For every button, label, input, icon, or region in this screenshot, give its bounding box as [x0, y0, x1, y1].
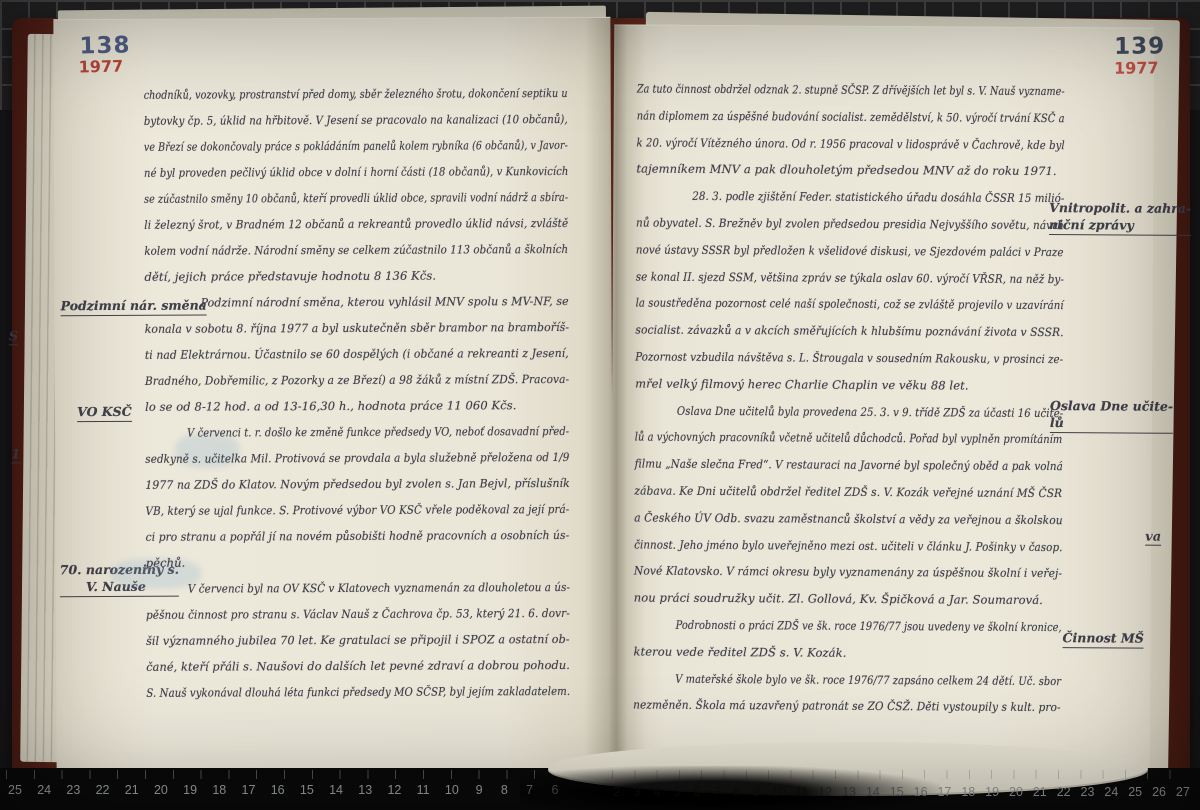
ruler-number: 25	[8, 783, 22, 797]
ruler-number: 24	[37, 783, 51, 797]
handwritten-line: pěšnou činnost pro stranu s. Václav Nauš…	[146, 599, 570, 627]
ruler-number: 10	[445, 783, 459, 797]
left-text-block: chodníků, vozovky, prostranství před dom…	[144, 79, 571, 705]
handwritten-line: lo se od 8-12 hod. a od 13-16,30 h., hod…	[145, 391, 569, 419]
handwritten-line: bytovky čp. 5, úklid na hřbitově. V Jese…	[144, 105, 568, 133]
right-text-block: Za tuto činnost obdržel odznak 2. stupně…	[633, 74, 1065, 720]
handwritten-line: nou práci soudružky učit. Zl. Gollová, K…	[634, 584, 1062, 613]
book-gutter-shadow	[584, 18, 646, 774]
handwritten-line: sedkyně s. učitelka Mil. Protivová se pr…	[145, 443, 569, 471]
ruler-number: 9	[474, 783, 484, 797]
handwritten-line: la soustředěna pozornost celé naší spole…	[636, 289, 1064, 318]
ruler-number: 21	[1033, 785, 1047, 799]
ruler-number: 13	[358, 783, 372, 797]
ruler-number: 20	[154, 783, 168, 797]
handwritten-line: tajemníkem MNV a pak dlouholetým předsed…	[636, 155, 1064, 184]
ruler-number: 22	[96, 783, 110, 797]
handwritten-line: činnost. Jeho jméno bylo uveřejněno mezi…	[634, 530, 1062, 559]
handwritten-line: dětí, jejich práce představuje hodnotu 8…	[144, 261, 568, 289]
ruler-number: 12	[387, 783, 401, 797]
handwritten-line: Oslava Dne učitelů byla provedena 25. 3.…	[635, 396, 1063, 425]
right-page: 139 1977 Vnitropolit. a zahra- niční zpr…	[610, 24, 1155, 777]
margin-note: VO KSČ	[77, 403, 132, 422]
handwritten-line: Podrobnosti o práci ZDŠ ve šk. roce 1976…	[634, 610, 1062, 639]
ruler-shadow	[520, 766, 940, 810]
handwritten-line: Bradného, Dobřemilic, z Pozorky a ze Bře…	[145, 365, 569, 393]
handwritten-line: Nové Klatovsko. V rámci okresu byly vyzn…	[634, 557, 1062, 586]
ruler-number: 11	[417, 783, 430, 797]
handwritten-line: mřel velký filmový herec Charlie Chaplin…	[635, 369, 1063, 398]
handwritten-line: nán diplomem za úspěšné budování sociali…	[637, 101, 1065, 130]
left-page-number: 138	[79, 32, 131, 59]
handwritten-line: 28. 3. podle zjištění Feder. statistické…	[636, 182, 1064, 211]
handwritten-line: filmu „Naše slečna Fred“. V restauraci n…	[635, 450, 1063, 479]
handwritten-line: zábava. Ke Dni učitelů obdržel ředitel Z…	[634, 476, 1062, 505]
handwritten-line: se zúčastnilo směny 10 občanů, kteří pro…	[144, 183, 568, 211]
handwritten-line: ci pro stranu a popřál jí na novém působ…	[146, 521, 570, 549]
right-page-year: 1977	[1114, 58, 1159, 78]
handwritten-line: socialist. závazků a v akcích směřujícíc…	[635, 316, 1063, 345]
ruler-number: 16	[271, 783, 285, 797]
ruler-number: 24	[1104, 785, 1118, 799]
handwritten-line: chodníků, vozovky, prostranství před dom…	[144, 79, 568, 107]
handwritten-line: 1977 na ZDŠ do Klatov. Novým předsedou b…	[145, 469, 569, 497]
handwritten-line: a Českého ÚV Odb. svazu zaměstnanců škol…	[634, 503, 1062, 532]
ruler-number: 21	[125, 783, 139, 797]
handwritten-line: pěchů.	[146, 547, 570, 575]
ruler-number: 17	[242, 783, 256, 797]
handwritten-line: lů a výchovných pracovníků včetně učitel…	[635, 423, 1063, 452]
ruler-number: 18	[961, 785, 975, 799]
ruler-number: 18	[212, 783, 226, 797]
ruler-number: 19	[985, 785, 999, 799]
page-edge-fragment: S	[9, 329, 18, 345]
handwritten-line: ti nad Elektrárnou. Účastnilo se 60 dosp…	[145, 339, 569, 367]
handwritten-line: V mateřské škole bylo ve šk. roce 1976/7…	[633, 664, 1061, 693]
ruler-number: 15	[300, 783, 314, 797]
page-edge-fragment: va	[1145, 530, 1161, 546]
handwritten-line: konala v sobotu 8. října 1977 a byl usku…	[145, 313, 569, 341]
ruler-number: 26	[1152, 785, 1166, 799]
handwritten-line: V červenci byl na OV KSČ v Klatovech vyz…	[146, 573, 570, 601]
handwritten-line: S. Nauš vykonával dlouhá léta funkci pře…	[146, 677, 570, 705]
handwritten-line: Podzimní národní směna, kterou vyhlásil …	[145, 287, 569, 315]
handwritten-line: Za tuto činnost obdržel odznak 2. stupně…	[637, 74, 1065, 103]
handwritten-line: nezměněn. Škola má uzavřený patronát se …	[633, 691, 1061, 720]
ruler-number: 20	[1009, 785, 1023, 799]
ruler-ticks-left	[6, 770, 562, 779]
handwritten-line: VB, který se ujal funkce. S. Protivové v…	[145, 495, 569, 523]
left-page-year: 1977	[78, 57, 123, 77]
handwritten-line: nů obyvatel. S. Brežněv byl zvolen předs…	[636, 208, 1064, 237]
handwritten-line: kolem vodní nádrže. Národní směny se cel…	[144, 235, 568, 263]
handwritten-line: né byl proveden pečlivý úklid obce v dol…	[144, 157, 568, 185]
ruler-number: 23	[1081, 785, 1095, 799]
handwritten-line: čané, kteří přáli s. Naušovi do dalších …	[146, 651, 570, 679]
right-page-number: 139	[1114, 33, 1165, 60]
photo-of-chronicle: 138 1977 Podzimní nár. směnaVO KSČ70. na…	[0, 0, 1200, 810]
handwritten-line: nové ústavy SSSR byl předložen k všelido…	[636, 235, 1064, 264]
page-edge-fragment: 1	[11, 447, 20, 463]
left-page: 138 1977 Podzimní nár. směnaVO KSČ70. na…	[53, 17, 613, 773]
ruler-number: 22	[1057, 785, 1071, 799]
ruler-number: 19	[183, 783, 197, 797]
handwritten-line: šil významného jubilea 70 let. Ke gratul…	[146, 625, 570, 653]
ruler-number: 25	[1128, 785, 1142, 799]
handwritten-line: V červenci t. r. došlo ke změně funkce p…	[145, 417, 569, 445]
handwritten-line: Pozornost vzbudila návštěva s. L. Štroug…	[635, 342, 1063, 371]
ruler-number: 27	[1176, 785, 1190, 799]
ruler-number: 23	[66, 783, 80, 797]
handwritten-line: li železný šrot, v Bradném 12 občanů a r…	[144, 209, 568, 237]
ruler-numbers-left: 252423222120191817161514131211109876	[8, 783, 560, 797]
handwritten-line: ve Březí se dokončovaly práce s pokládán…	[144, 131, 568, 159]
ruler-number: 14	[329, 783, 343, 797]
handwritten-line: kterou vede ředitel ZDŠ s. V. Kozák.	[633, 637, 1061, 666]
ruler-number: 8	[499, 783, 509, 797]
handwritten-line: se konal II. sjezd SSM, většina zpráv se…	[636, 262, 1064, 291]
handwritten-line: k 20. výročí Vítězného února. Od r. 1956…	[636, 128, 1064, 157]
